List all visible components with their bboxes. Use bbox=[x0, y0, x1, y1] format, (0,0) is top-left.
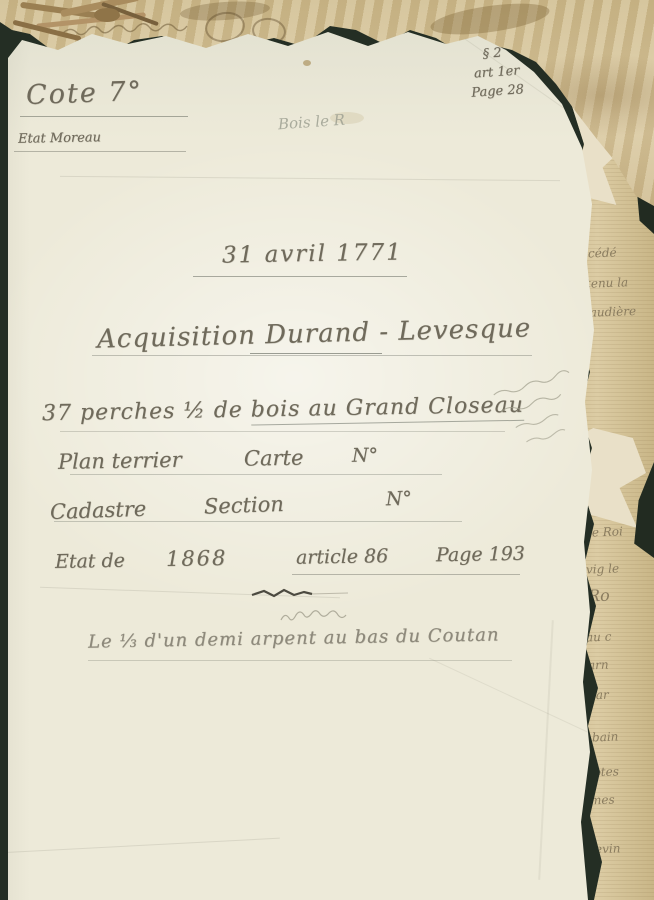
stain-spot bbox=[303, 60, 311, 66]
edge-fragment: lar bbox=[592, 688, 609, 703]
flourish-squiggle bbox=[250, 585, 350, 601]
twine-knot bbox=[94, 8, 120, 22]
edge-fragment: vig le bbox=[586, 561, 620, 576]
plan-number: N° bbox=[352, 444, 379, 466]
ref-page: Page 28 bbox=[471, 82, 525, 101]
edge-fragment: alevin bbox=[584, 841, 621, 856]
edge-fragment: cédé bbox=[588, 246, 617, 261]
document-page: Cote 7° Etat Moreau § 2 art 1er Page 28 … bbox=[0, 0, 654, 900]
cadastre-label: Cadastre bbox=[50, 497, 147, 524]
cadastre-section: Section bbox=[203, 492, 284, 519]
etat-rule bbox=[292, 574, 520, 575]
title-line: Acquisition Durand - Levesque bbox=[97, 313, 532, 354]
perches-rule bbox=[60, 431, 505, 432]
perches-place: bois au Grand Closeau bbox=[251, 393, 525, 426]
footer-rule bbox=[88, 660, 512, 661]
date-line: 31 avril 1771 bbox=[222, 239, 403, 268]
scanned-document: cédé tenu la naudière 7 le Roi vig le Ro… bbox=[0, 0, 654, 900]
crease-line bbox=[60, 176, 560, 181]
pencil-word bbox=[278, 608, 348, 626]
crease-line bbox=[0, 838, 280, 854]
plan-carte: Carte bbox=[244, 446, 304, 471]
cadastre-number: N° bbox=[385, 487, 412, 510]
crease-line bbox=[429, 658, 611, 743]
edge-fragment: au c bbox=[586, 630, 612, 645]
edge-fragment: mes bbox=[590, 793, 615, 808]
etat-underline bbox=[14, 151, 186, 152]
pencil-note-top: Bois le R bbox=[277, 111, 345, 134]
plan-rule bbox=[70, 474, 442, 475]
crease-line bbox=[538, 620, 554, 880]
etat-row-label: Etat de bbox=[55, 550, 125, 573]
ref-article: art 1er bbox=[470, 63, 524, 82]
cote-underline bbox=[20, 116, 188, 117]
perches-lead: 37 perches ½ de bbox=[42, 398, 251, 427]
perches-line: 37 perches ½ de bois au Grand Closeau bbox=[42, 393, 524, 426]
edge-fragment: tenu la bbox=[586, 275, 629, 290]
plan-row: Plan terrier Carte N° bbox=[0, 441, 560, 483]
etat-row-year: 1868 bbox=[166, 546, 228, 571]
edge-fragment: le Roi bbox=[588, 524, 623, 539]
cadastre-row: Cadastre Section N° bbox=[0, 482, 560, 534]
reference-block: § 2 art 1er Page 28 bbox=[468, 44, 524, 101]
edge-fragment: Ro bbox=[588, 586, 610, 606]
edge-fragment: bain bbox=[592, 730, 619, 745]
date-underline bbox=[193, 276, 407, 277]
etat-row-page: Page 193 bbox=[436, 543, 525, 567]
cadastre-rule bbox=[54, 521, 462, 522]
plan-label: Plan terrier bbox=[58, 448, 182, 474]
title-underline-faint bbox=[92, 355, 532, 356]
edge-fragment: arn bbox=[588, 658, 609, 673]
edge-fragment: eptes bbox=[586, 764, 619, 779]
etat-label: Etat Moreau bbox=[18, 130, 101, 146]
cote-label: Cote 7° bbox=[25, 76, 143, 111]
etat-row-article: article 86 bbox=[296, 545, 389, 569]
title-underline-dark bbox=[250, 353, 382, 354]
footer-line: Le ⅓ d'un demi arpent au bas du Coutan bbox=[88, 624, 500, 652]
stain-spot bbox=[429, 0, 551, 40]
